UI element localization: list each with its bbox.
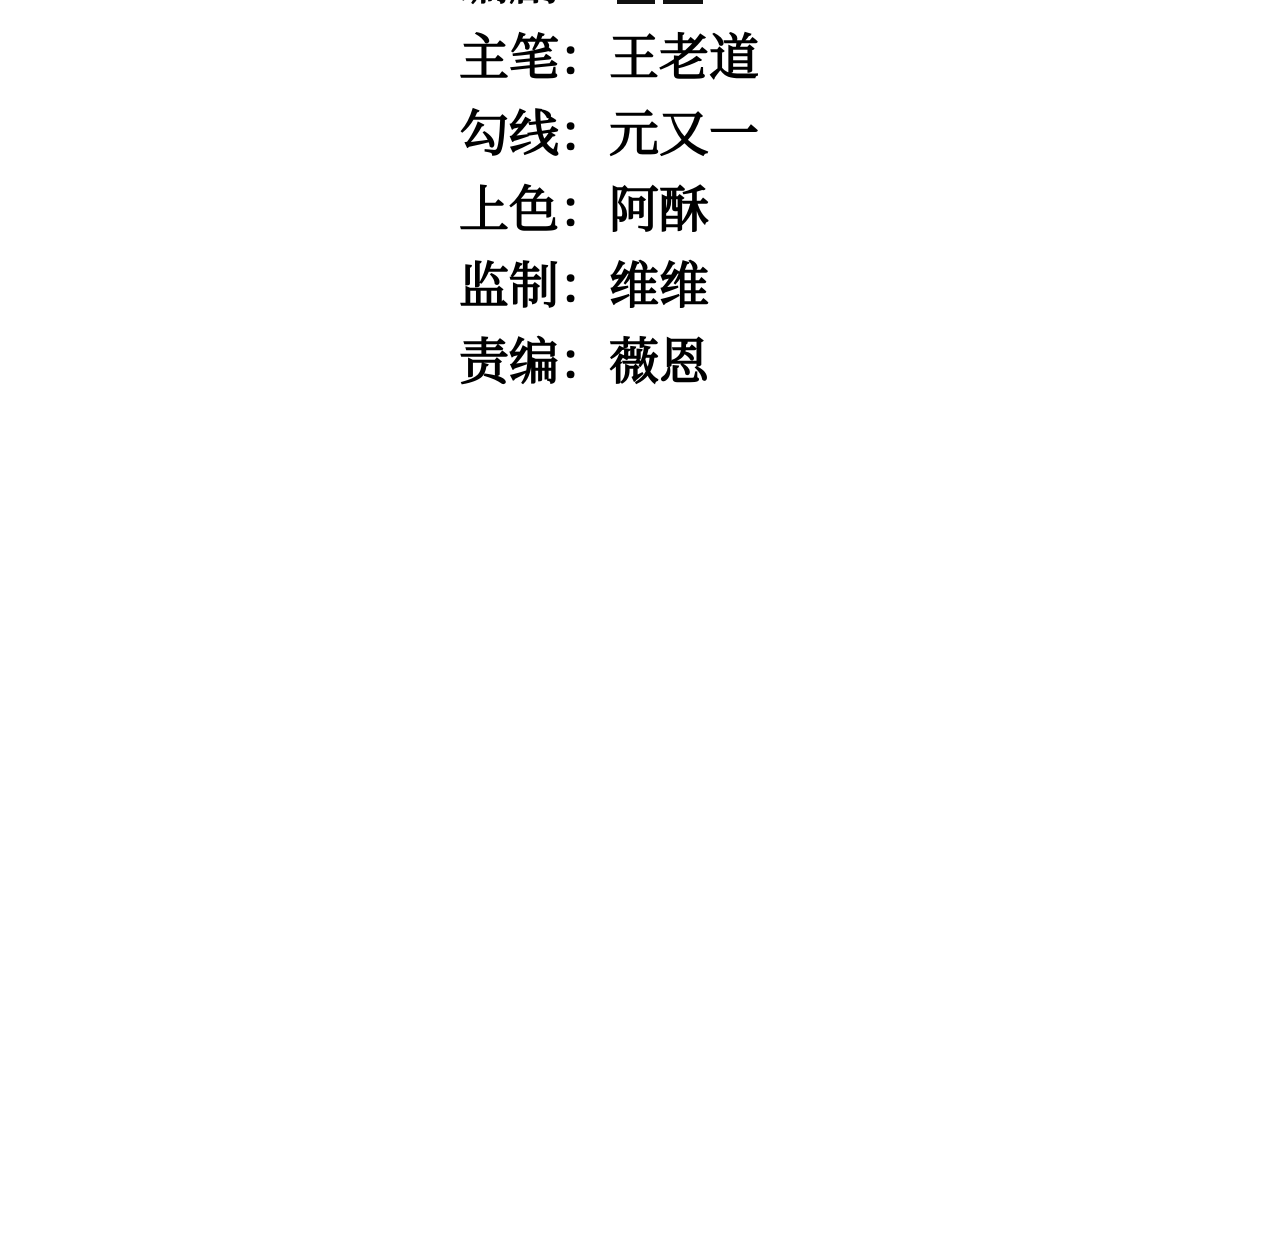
credit-line-supervisor: 监制：维维 — [459, 248, 759, 324]
credit-colon: ： — [559, 182, 609, 238]
credit-line-editor: 责编：薇恩 — [459, 324, 759, 400]
credit-line-lineart: 勾线：元又一 — [459, 96, 759, 172]
clipped-character-fragment — [663, 0, 703, 4]
credit-name: 王老道 — [609, 30, 759, 86]
credit-colon: ： — [559, 334, 609, 390]
credit-role: 监制 — [459, 258, 559, 314]
credit-role: 责编 — [459, 334, 559, 390]
credit-name: 维维 — [609, 258, 709, 314]
credit-name: 元又一 — [609, 106, 759, 162]
credit-name: 薇恩 — [609, 334, 709, 390]
credit-role: 勾线 — [459, 106, 559, 162]
credit-line-coloring: 上色：阿酥 — [459, 172, 759, 248]
credit-line-clipped-top: 编剧： — [459, 0, 759, 20]
credits-block: 编剧： 主笔：王老道 勾线：元又一 上色：阿酥 监制：维维 责编：薇恩 — [459, 0, 759, 400]
credit-role: 编剧 — [459, 0, 559, 10]
credit-colon: ： — [559, 258, 609, 314]
credit-role: 主笔 — [459, 30, 559, 86]
clipped-character-fragment — [617, 0, 655, 4]
credit-colon: ： — [559, 106, 609, 162]
credit-colon: ： — [559, 30, 609, 86]
credit-role: 上色 — [459, 182, 559, 238]
credit-colon: ： — [559, 0, 609, 10]
credit-line-lead-artist: 主笔：王老道 — [459, 20, 759, 96]
credit-name: 阿酥 — [609, 182, 709, 238]
